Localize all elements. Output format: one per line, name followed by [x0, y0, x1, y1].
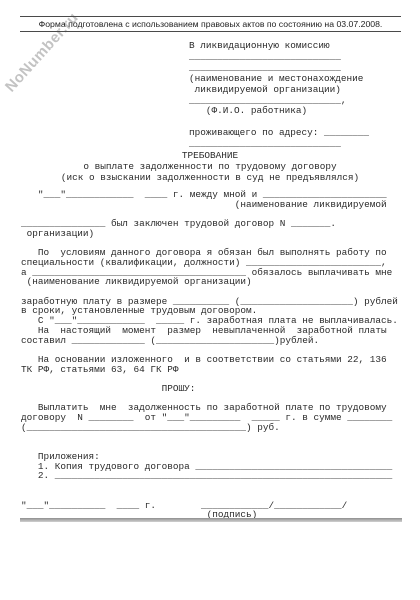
form-line: о выплате задолженности по трудовому дог… — [20, 161, 400, 172]
document-title-block: ТРЕБОВАНИЕо выплате задолженности по тру… — [20, 150, 400, 183]
form-line — [21, 433, 398, 443]
form-line: ТК РФ, статьями 63, 64 ГК РФ — [21, 365, 398, 375]
form-line: (иск о взыскании задолженности в суд не … — [20, 172, 400, 183]
document-body: "___"____________ ____ г. между мной и _… — [21, 190, 398, 520]
document-page: NoNumber.ru Форма подготовлена с использ… — [0, 0, 420, 600]
form-line: 2. _____________________________________… — [21, 471, 398, 481]
form-line: (наименование ликвидируемой — [21, 200, 398, 210]
form-line: составил _____________ (________________… — [21, 336, 398, 346]
addressee-block: В ликвидационную комиссию_______________… — [189, 41, 369, 150]
form-line: ___________________________ — [189, 139, 369, 150]
form-line: ПРОШУ: — [21, 384, 398, 394]
form-line: (наименование и местонахождение — [189, 74, 369, 85]
form-line: (_______________________________________… — [21, 423, 398, 433]
form-line: ТРЕБОВАНИЕ — [20, 150, 400, 161]
header-notice-text: Форма подготовлена с использованием прав… — [20, 17, 401, 32]
bottom-divider — [20, 518, 402, 522]
form-line: (наименование ликвидируемой организации) — [21, 277, 398, 287]
header-notice-bar: Форма подготовлена с использованием прав… — [20, 16, 401, 32]
form-line: ликвидируемой организации) — [189, 85, 369, 96]
form-line: (Ф.И.О. работника) — [189, 106, 369, 117]
form-line — [21, 481, 398, 491]
form-line: организации) — [21, 229, 398, 239]
